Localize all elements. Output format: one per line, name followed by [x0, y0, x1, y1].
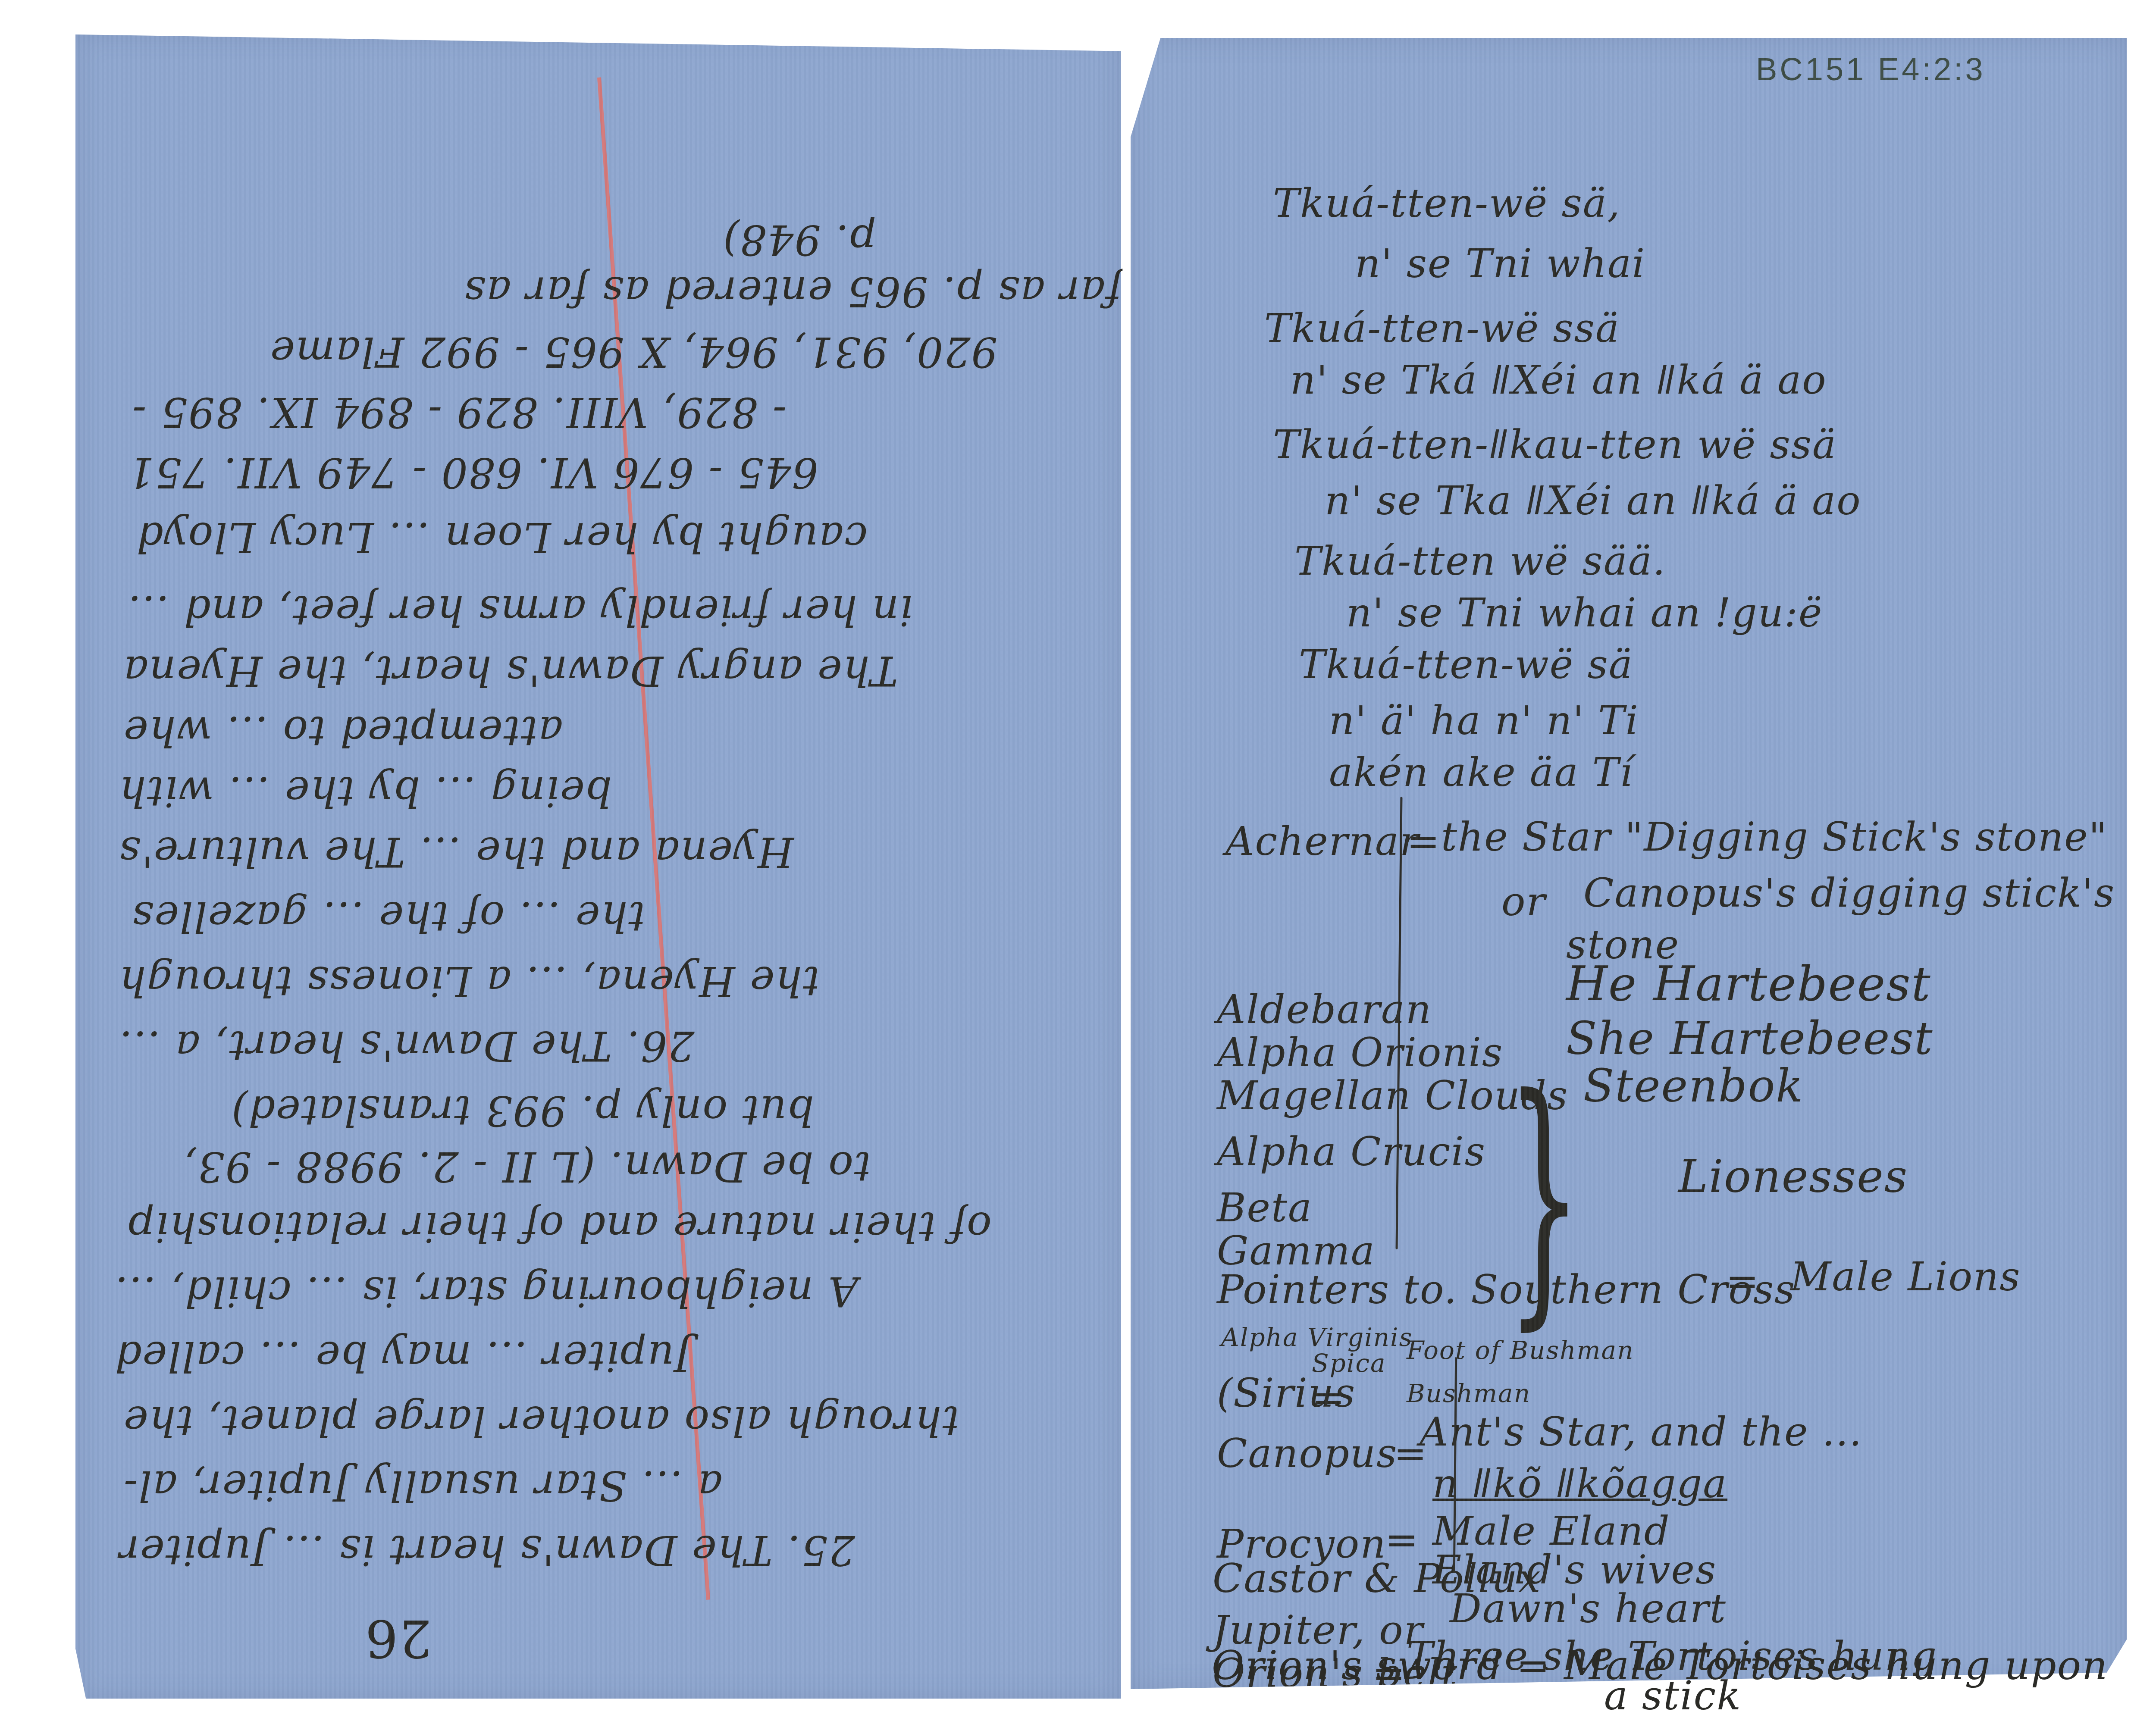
verse-line: Tkuá-tten-wë sä [1299, 641, 1633, 688]
equals-sign: = [1394, 1430, 1428, 1477]
verse-line: Tkuá-tten-ǁkau-tten wë ssä [1273, 422, 1837, 468]
right-manuscript-page: BC151 E4:2:3 Tkuá-tten-wë sä, n' se Tni … [1131, 38, 2127, 1689]
manuscript-line: p. 948) [722, 216, 876, 264]
star-meaning: He Hartebeest [1566, 956, 1931, 1011]
star-name: Pointers to. Southern Cross [1217, 1267, 1796, 1313]
verse-line: n' se Tni whai [1355, 241, 1645, 287]
manuscript-line: the Hyena, ... a Lioness through [119, 957, 820, 1005]
star-meaning: Male Lions [1790, 1254, 2021, 1300]
verse-line: Tkuá-tten-wë ssä [1264, 305, 1620, 351]
page-number: 26 [364, 1608, 432, 1668]
star-name: Alpha Virginis [1221, 1323, 1413, 1352]
manuscript-line: the ... of the ... gazelles [132, 892, 645, 941]
star-name: Achernar [1225, 818, 1420, 864]
manuscript-line: - 829, VIII. 829 - 894 IX. 895 - [132, 388, 787, 436]
star-meaning: She Hartebeest [1566, 1012, 1933, 1065]
manuscript-line: but only p. 993 translated) [231, 1086, 814, 1135]
manuscript-line: Jupiter ... may be ... called [114, 1332, 692, 1380]
manuscript-line: of their nature and of their relationshi… [127, 1203, 992, 1251]
manuscript-line: caught by her Loen ... Lucy Lloyd [136, 513, 868, 561]
equals-sign: = [1407, 818, 1441, 864]
catalog-number: BC151 E4:2:3 [1756, 51, 1986, 88]
manuscript-line: 25. The Dawn's heart is ... Jupiter [119, 1526, 855, 1574]
manuscript-line: 645 - 676 VI. 680 - 749 VII. 751 [127, 448, 818, 497]
manuscript-line: a ... Star usually Jupiter, al- [123, 1461, 723, 1510]
left-manuscript-page: 26 p. 948) noted as far as p. 965 entere… [75, 34, 1121, 1699]
manuscript-line: being ... by the ... with [119, 767, 612, 816]
verse-line: n' ä' ha n' n' Ti [1329, 698, 1639, 744]
star-meaning: a stick [1604, 1673, 1742, 1719]
equals-sign: = [1726, 1258, 1760, 1304]
bushman-name: n ǁkõ ǁkõagga [1432, 1461, 1727, 1507]
star-name: Beta [1217, 1185, 1313, 1231]
equals-sign: = [1312, 1374, 1346, 1421]
group-meaning: Lionesses [1678, 1150, 1908, 1203]
verse-line: Tkuá-tten wë sää. [1294, 538, 1666, 584]
star-meaning: Foot of Bushman [1407, 1336, 1634, 1365]
manuscript-line: in her friendly arms her feet, and ... [127, 586, 913, 635]
manuscript-line: Hyena and the ... The vulture's [119, 828, 794, 876]
star-meaning: or [1501, 879, 1546, 925]
star-name: Alpha Orionis [1217, 1029, 1503, 1076]
star-name: Alpha Crucis [1217, 1129, 1486, 1175]
star-name: Aldebaran [1217, 986, 1432, 1033]
star-meaning: Steenbok [1583, 1060, 1804, 1112]
manuscript-line: 26. The Dawn's heart, a ... [119, 1022, 694, 1070]
star-meaning: Dawn's heart [1450, 1586, 1727, 1632]
star-meaning: Ant's Star, and the ... [1420, 1409, 1863, 1455]
manuscript-line: to be Dawn. (L II - 2. 9988 - 93, [183, 1142, 871, 1191]
star-meaning: Canopus's digging stick's [1583, 870, 2115, 916]
verse-line: n' se Tká ǁXéi an ǁká ä ao [1290, 357, 1827, 403]
manuscript-line: The angry Dawn's heart, the Hyena [123, 647, 898, 695]
verse-line: Tkuá-tten-wë sä, [1273, 180, 1621, 226]
star-meaning: Bushman [1407, 1379, 1531, 1408]
manuscript-line: 920, 931, 964, X 965 - 992 Flame [269, 328, 998, 376]
star-name: Canopus [1217, 1430, 1398, 1477]
star-meaning: the Star "Digging Stick's stone" [1441, 814, 2108, 860]
verse-line: akén ake äa Tí [1329, 749, 1633, 795]
manuscript-line: attempted to ... whe [123, 707, 563, 755]
verse-line: n' se Tka ǁXéi an ǁká ä ao [1325, 478, 1861, 524]
manuscript-line: through also another large planet, the [123, 1397, 959, 1445]
manuscript-line: A neighbouring star, is ... child, ... [114, 1267, 858, 1316]
verse-line: n' se Tni whai an !gu:ë [1346, 590, 1823, 636]
